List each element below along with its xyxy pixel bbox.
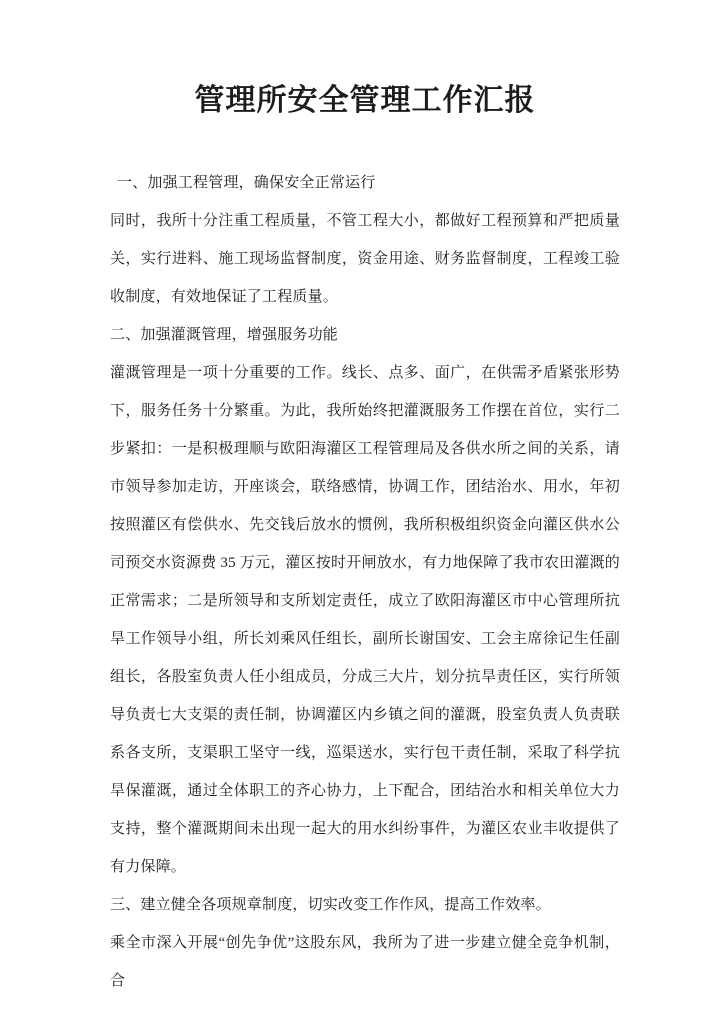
document-page: 管理所安全管理工作汇报 一、加强工程管理，确保安全正常运行 同时，我所十分注重工… xyxy=(0,0,721,1020)
section-body-1: 同时，我所十分注重工程质量，不管工程大小，都做好工程预算和严把质量关，实行进料、… xyxy=(110,202,620,316)
section-body-2: 灌溉管理是一项十分重要的工作。线长、点多、面广，在供需矛盾紧张形势下，服务任务十… xyxy=(110,354,620,886)
document-title: 管理所安全管理工作汇报 xyxy=(110,82,620,120)
section-body-3: 乘全市深入开展“创先争优”这股东风，我所为了进一步建立健全竞争机制，合 xyxy=(110,924,620,1000)
section-heading-1: 一、加强工程管理，确保安全正常运行 xyxy=(110,164,620,202)
section-heading-2: 二、加强灌溉管理，增强服务功能 xyxy=(110,316,620,354)
section-heading-3: 三、建立健全各项规章制度，切实改变工作作风，提高工作效率。 xyxy=(110,886,620,924)
